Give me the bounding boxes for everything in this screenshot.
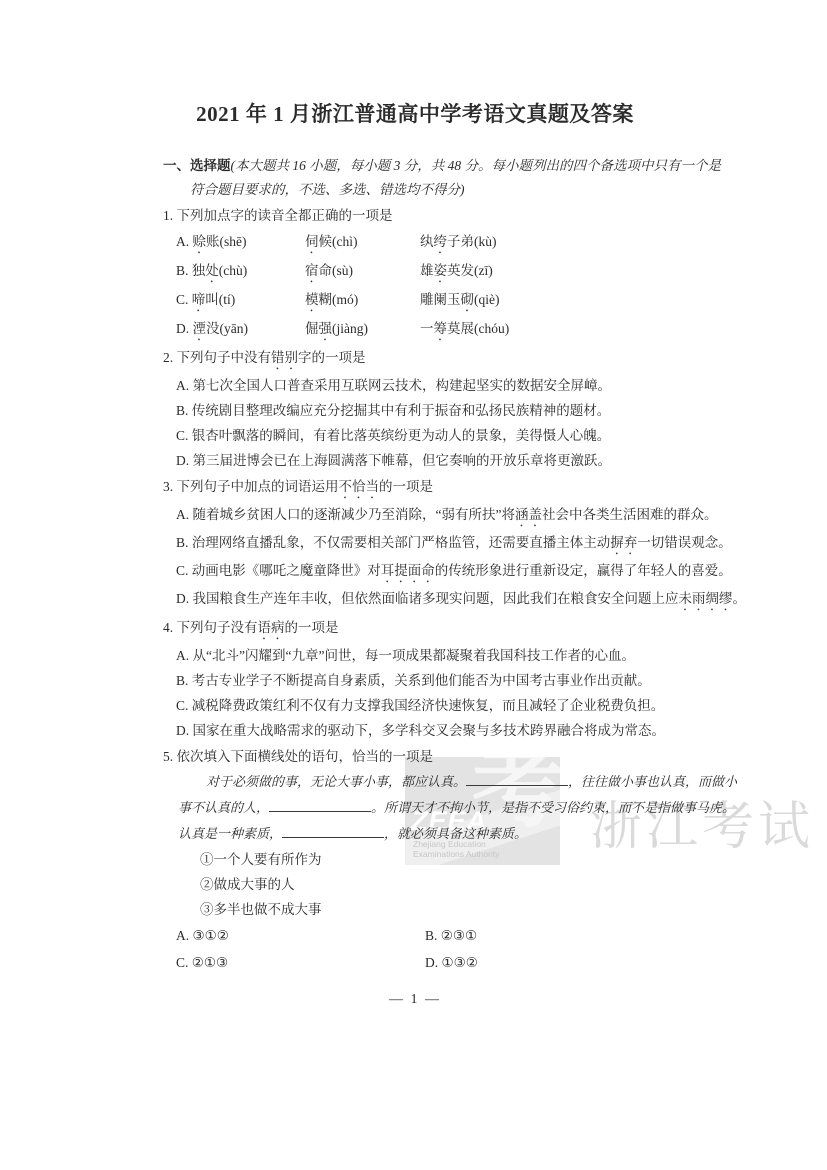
question-4-option-b: B. 考古专业学子不断提高自身素质，关系到他们能否为中国考古事业作出贡献。 — [163, 668, 667, 693]
question-3-option-d: D. 我国粮食生产连年丰收，但依然面临诸多现实问题，因此我们在粮食安全问题上应未… — [163, 586, 667, 614]
option-b-word-2: 宿命(sù) — [305, 257, 420, 286]
option-c-word-2: 模糊(mó) — [305, 286, 420, 315]
option-c-word-1: C. 啼叫(tí) — [176, 286, 305, 315]
option-b-word-3: 雄姿英发(zī) — [420, 263, 493, 278]
question-5-item-3: ③多半也做不成大事 — [163, 897, 667, 922]
question-5-passage-line-3: 认真是一种素质，，就必须具备这种素质。 — [163, 821, 667, 847]
option-d-word-3: 一筹莫展(chóu) — [420, 321, 509, 336]
question-4-option-d: D. 国家在重大战略需求的驱动下，多学科交叉会聚与多技术跨界融合将成为常态。 — [163, 718, 667, 743]
exam-page: 考 ZEEA Zhejiang Education Examinations A… — [0, 0, 827, 1170]
question-1-option-d: D. 湮没(yān)倔强(jiàng)一筹莫展(chóu) — [163, 315, 667, 344]
question-4-option-c: C. 减税降费政策红利不仅有力支撑我国经济快速恢复，而且减轻了企业税费负担。 — [163, 693, 667, 718]
option-d-word-1: D. 湮没(yān) — [176, 315, 305, 344]
question-5-option-c: C. ②①③ — [176, 949, 425, 976]
page-number: — 1 — — [163, 992, 667, 1008]
section-heading-lead: 一、选择题 — [163, 158, 231, 173]
question-5-option-b: B. ②③① — [425, 922, 667, 949]
question-5-passage-line-1: 对于必须做的事，无论大事小事，都应认真。，往往做小事也认真，而做小 — [163, 769, 667, 795]
question-5-stem: 5. 依次填入下面横线处的语句，恰当的一项是 — [163, 744, 667, 769]
question-4-option-a: A. 从“北斗”闪耀到“九章”问世，每一项成果都凝聚着我国科技工作者的心血。 — [163, 643, 667, 668]
question-5-item-1: ①一个人要有所作为 — [163, 847, 667, 872]
section-heading: 一、选择题(本大题共 16 小题，每小题 3 分，共 48 分。每小题列出的四个… — [163, 154, 667, 178]
question-3-option-b: B. 治理网络直播乱象，不仅需要相关部门严格监管，还需要直播主体主动摒弃一切错误… — [163, 530, 667, 558]
question-1-option-a: A. 赊账(shē)伺候(chì)纨绔子弟(kù) — [163, 228, 667, 257]
question-5-options: A. ③①② B. ②③① C. ②①③ D. ①③② — [163, 922, 667, 976]
option-b-word-1: B. 独处(chù) — [176, 257, 305, 286]
question-4-stem: 4. 下列句子没有语病的一项是 — [163, 615, 667, 643]
page-title: 2021 年 1 月浙江普通高中学考语文真题及答案 — [163, 98, 667, 126]
question-5-option-a: A. ③①② — [176, 922, 425, 949]
question-1-option-b: B. 独处(chù)宿命(sù)雄姿英发(zī) — [163, 257, 667, 286]
question-3-option-a: A. 随着城乡贫困人口的逐渐减少乃至消除，“弱有所扶”将涵盖社会中各类生活困难的… — [163, 502, 667, 530]
option-a-word-3: 纨绔子弟(kù) — [420, 234, 497, 249]
question-5-passage-line-2: 事不认真的人，。所谓天才不拘小节，是指不受习俗约束，而不是指做事马虎。 — [163, 795, 667, 821]
question-1-stem: 1. 下列加点字的读音全都正确的一项是 — [163, 203, 667, 228]
question-2-option-d: D. 第三届进博会已在上海圆满落下帷幕，但它奏响的开放乐章将更激跃。 — [163, 448, 667, 473]
question-2-option-b: B. 传统剧目整理改编应充分挖掘其中有利于振奋和弘扬民族精神的题材。 — [163, 398, 667, 423]
question-5-option-d: D. ①③② — [425, 949, 667, 976]
question-2-option-c: C. 银杏叶飘落的瞬间，有着比落英缤纷更为动人的景象，美得慑人心魄。 — [163, 423, 667, 448]
option-c-word-3: 雕阑玉砌(qiè) — [420, 292, 499, 307]
question-1-option-c: C. 啼叫(tí)模糊(mó)雕阑玉砌(qiè) — [163, 286, 667, 315]
option-d-word-2: 倔强(jiàng) — [305, 315, 420, 344]
option-a-word-1: A. 赊账(shē) — [176, 228, 305, 257]
section-note-line2: 符合题目要求的，不选、多选、错选均不得分) — [163, 178, 667, 202]
question-3-option-c: C. 动画电影《哪吒之魔童降世》对耳提面命的传统形象进行重新设定，赢得了年轻人的… — [163, 558, 667, 586]
option-a-word-2: 伺候(chì) — [305, 228, 420, 257]
section-note-line1: (本大题共 16 小题，每小题 3 分，共 48 分。每小题列出的四个备选项中只… — [231, 158, 722, 173]
question-2-stem: 2. 下列句子中没有错别字的一项是 — [163, 345, 667, 373]
question-3-stem: 3. 下列句子中加点的词语运用不恰当的一项是 — [163, 474, 667, 502]
question-2-option-a: A. 第七次全国人口普查采用互联网云技术，构建起坚实的数据安全屏嶂。 — [163, 373, 667, 398]
question-5-item-2: ②做成大事的人 — [163, 872, 667, 897]
document-content: 2021 年 1 月浙江普通高中学考语文真题及答案 一、选择题(本大题共 16 … — [163, 98, 667, 1008]
